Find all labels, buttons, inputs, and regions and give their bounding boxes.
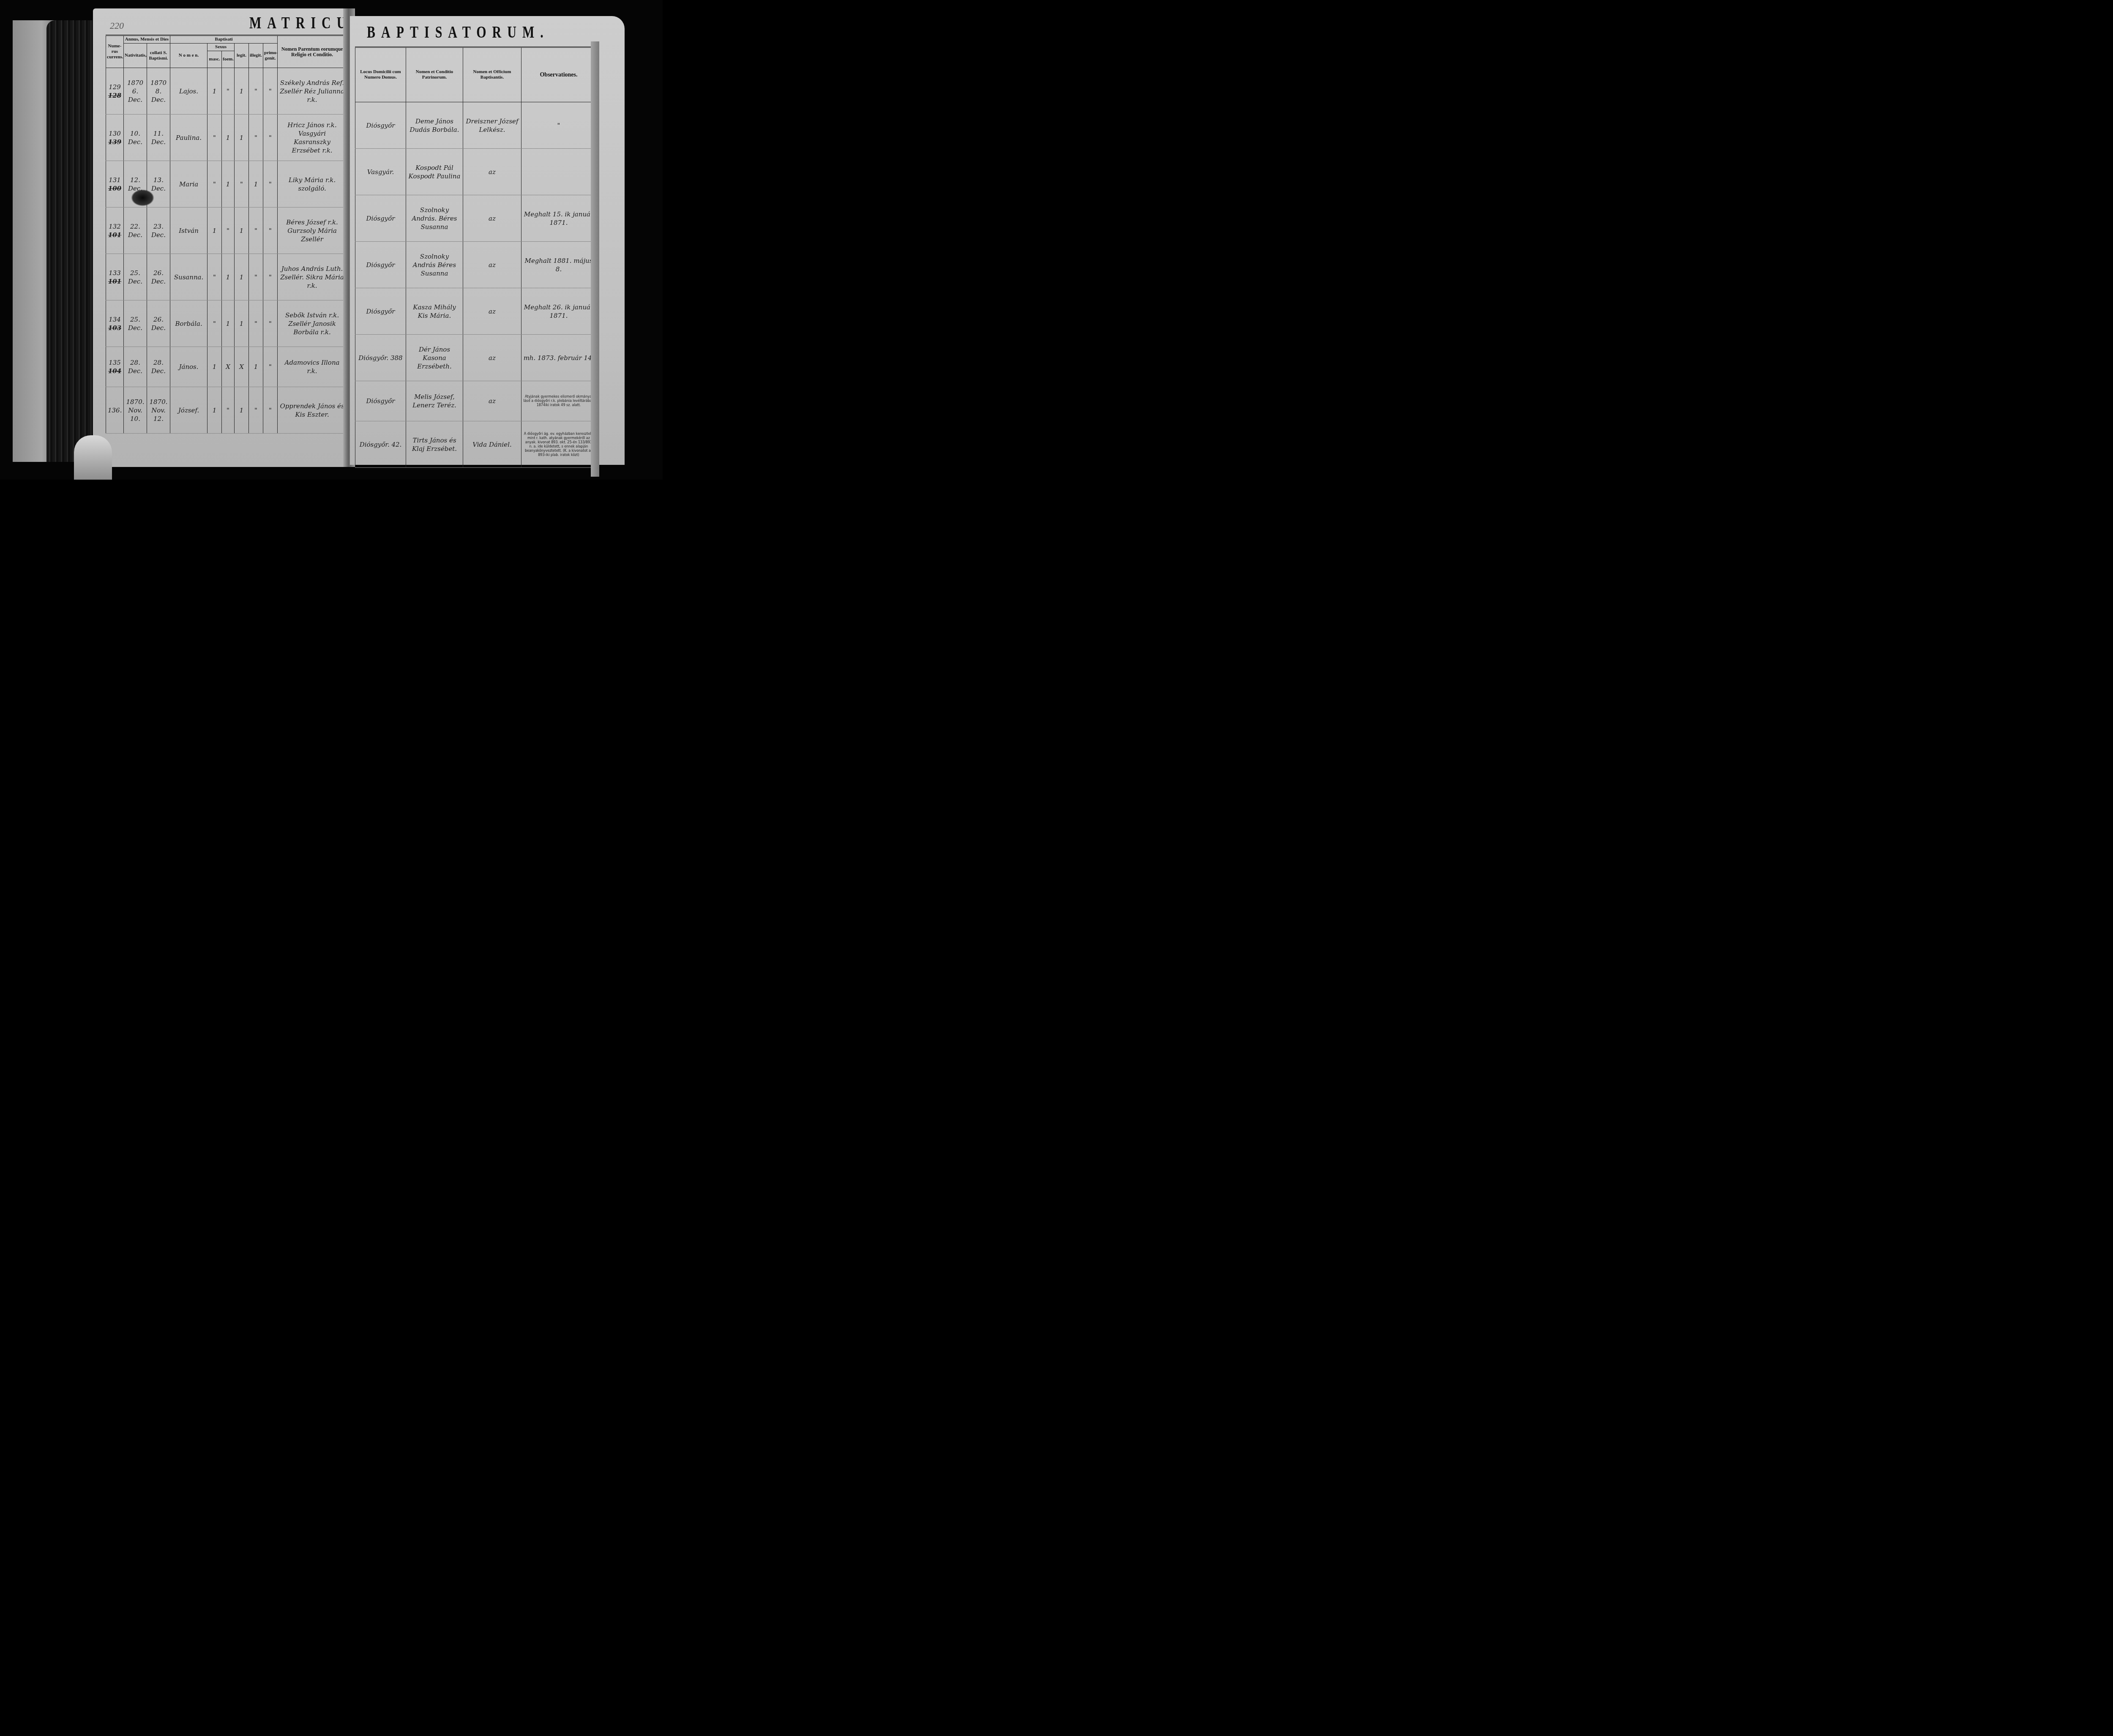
legit-mark: 1 <box>235 300 249 347</box>
header-sexus: Sexus <box>207 44 235 51</box>
entry-row: Diósgyőr Kasza Mihály Kis Mária. az Megh… <box>355 288 596 335</box>
child-name: Susanna. <box>170 254 207 300</box>
entry-row: Vasgyár. Kospodt Pál Kospodt Paulina az <box>355 149 596 195</box>
illegit-mark: " <box>249 387 263 434</box>
sex-foem: X <box>222 347 235 387</box>
entry-row: 130139 10. Dec. 11. Dec. Paulina. " 1 1 … <box>106 115 347 161</box>
locus: Diósgyőr <box>355 195 406 242</box>
birth-date: 22. Dec. <box>124 207 147 254</box>
godparents: Tirts János és Klaj Erzsébet. <box>406 421 463 468</box>
baptiser: az <box>463 149 521 195</box>
entry-row: Diósgyőr Deme János Dudás Borbála. Dreis… <box>355 102 596 149</box>
sex-foem: 1 <box>222 161 235 207</box>
header-nomen: N o m e n. <box>170 44 207 68</box>
godparents: Szolnoky András. Béres Susanna <box>406 195 463 242</box>
header-legit: legit. <box>235 44 249 68</box>
header-primogenit: primo- genit. <box>263 44 278 68</box>
page-number: 220 <box>110 20 124 31</box>
baptism-date: 1870 8. Dec. <box>147 68 170 115</box>
sex-masc: 1 <box>207 347 222 387</box>
header-foem: foem. <box>222 51 235 68</box>
illegit-mark: " <box>249 254 263 300</box>
primogenit-mark: " <box>263 161 278 207</box>
sex-foem: " <box>222 207 235 254</box>
entry-row: Diósgyőr. 388 Dér János Kasona Erzsébeth… <box>355 335 596 381</box>
illegit-mark: " <box>249 115 263 161</box>
illegit-mark: " <box>249 300 263 347</box>
locus: Vasgyár. <box>355 149 406 195</box>
illegit-mark: 1 <box>249 347 263 387</box>
header-baptisantis: Nomen et Officium Baptisantis. <box>463 47 521 102</box>
illegit-mark: " <box>249 68 263 115</box>
locus: Diósgyőr <box>355 242 406 288</box>
observation: Atyjának gyermekes elismerő okmányai lás… <box>521 381 596 421</box>
entry-number: 130139 <box>106 115 124 161</box>
baptiser: Vida Dániel. <box>463 421 521 468</box>
baptiser: az <box>463 288 521 335</box>
entry-row: Diósgyőr Szolnoky András Béres Susanna a… <box>355 242 596 288</box>
illegit-mark: " <box>249 207 263 254</box>
illegit-mark: 1 <box>249 161 263 207</box>
entry-row: Diósgyőr Melis József, Lenerz Teréz. az … <box>355 381 596 421</box>
parents-info: Béres József r.k. Gurzsoly Mária Zsellér <box>278 207 347 254</box>
parents-info: Hricz János r.k. Vasgyári Kasranszky Erz… <box>278 115 347 161</box>
legit-mark: 1 <box>235 115 249 161</box>
baptism-date: 1870. Nov. 12. <box>147 387 170 434</box>
header-nativitatis: Nativitatis, <box>124 44 147 68</box>
legit-mark: 1 <box>235 68 249 115</box>
page-fold-edge <box>591 41 599 477</box>
primogenit-mark: " <box>263 300 278 347</box>
entry-row: 129128 1870 6. Dec. 1870 8. Dec. Lajos. … <box>106 68 347 115</box>
baptiser: Dreiszner József Lelkész. <box>463 102 521 149</box>
primogenit-mark: " <box>263 115 278 161</box>
sex-foem: " <box>222 387 235 434</box>
observation: Meghalt 26. ik január 1871. <box>521 288 596 335</box>
entry-number: 134103 <box>106 300 124 347</box>
entry-number: 131100 <box>106 161 124 207</box>
sex-foem: 1 <box>222 300 235 347</box>
birth-date: 1870. Nov. 10. <box>124 387 147 434</box>
observation <box>521 149 596 195</box>
baptism-date: 26. Dec. <box>147 300 170 347</box>
title-baptisatorum: BAPTISATORUM. <box>367 23 549 42</box>
primogenit-mark: " <box>263 347 278 387</box>
right-register-table: Locus Domicilii cum Numero Domus. Nomen … <box>355 46 596 468</box>
sex-foem: " <box>222 68 235 115</box>
baptiser: az <box>463 335 521 381</box>
child-name: Maria <box>170 161 207 207</box>
entry-row: 133101 25. Dec. 26. Dec. Susanna. " 1 1 … <box>106 254 347 300</box>
header-numerus: Nume- rus currens. <box>106 35 124 68</box>
entry-number: 132101 <box>106 207 124 254</box>
observation: A diósgyőri ág. ev. egyházban keresztelt… <box>521 421 596 468</box>
entry-row: 136. 1870. Nov. 10. 1870. Nov. 12. Józse… <box>106 387 347 434</box>
godparents: Dér János Kasona Erzsébeth. <box>406 335 463 381</box>
header-locus-domicilii: Locus Domicilii cum Numero Domus. <box>355 47 406 102</box>
header-parentum: Nomen Parentum eorumque Religio et Condi… <box>278 35 347 68</box>
entry-number: 133101 <box>106 254 124 300</box>
legit-mark: X <box>235 347 249 387</box>
entry-number: 129128 <box>106 68 124 115</box>
baptiser: az <box>463 381 521 421</box>
entry-row: 132101 22. Dec. 23. Dec. István 1 " 1 " … <box>106 207 347 254</box>
entry-number: 136. <box>106 387 124 434</box>
entry-row: Diósgyőr. 42. Tirts János és Klaj Erzséb… <box>355 421 596 468</box>
sex-masc: " <box>207 115 222 161</box>
left-page: 220 MATRICULA Nume- rus currens. Annus, … <box>93 8 349 467</box>
legit-mark: 1 <box>235 254 249 300</box>
sex-masc: " <box>207 254 222 300</box>
godparents: Szolnoky András Béres Susanna <box>406 242 463 288</box>
birth-date: 28. Dec. <box>124 347 147 387</box>
birth-date: 25. Dec. <box>124 254 147 300</box>
baptism-date: 26. Dec. <box>147 254 170 300</box>
baptiser: az <box>463 195 521 242</box>
right-page: BAPTISATORUM. Locus Domicilii cum Numero… <box>350 16 625 465</box>
baptism-date: 23. Dec. <box>147 207 170 254</box>
baptism-date: 11. Dec. <box>147 115 170 161</box>
sex-masc: " <box>207 300 222 347</box>
ink-blot <box>131 189 154 206</box>
locus: Diósgyőr. 388 <box>355 335 406 381</box>
header-patrinorum: Nomen et Conditio Patrinorum. <box>406 47 463 102</box>
entry-row: 135104 28. Dec. 28. Dec. János. 1 X X 1 … <box>106 347 347 387</box>
parents-info: Liky Mária r.k. szolgáló. <box>278 161 347 207</box>
observation: mh. 1873. február 14. <box>521 335 596 381</box>
parents-info: Székely András Ref. Zsellér Réz Julianna… <box>278 68 347 115</box>
left-register-table: Nume- rus currens. Annus, Mensis et Dies… <box>106 35 347 434</box>
birth-date: 1870 6. Dec. <box>124 68 147 115</box>
sex-masc: " <box>207 161 222 207</box>
parents-info: Opprendek János és Kis Eszter. <box>278 387 347 434</box>
godparents: Kasza Mihály Kis Mária. <box>406 288 463 335</box>
legit-mark: " <box>235 161 249 207</box>
godparents: Deme János Dudás Borbála. <box>406 102 463 149</box>
child-name: József. <box>170 387 207 434</box>
primogenit-mark: " <box>263 254 278 300</box>
scanned-register-image: 220 MATRICULA Nume- rus currens. Annus, … <box>0 0 663 480</box>
entry-row: 134103 25. Dec. 26. Dec. Borbála. " 1 1 … <box>106 300 347 347</box>
header-annus-mensis-dies: Annus, Mensis et Dies <box>124 35 170 44</box>
parents-info: Sebők István r.k. Zsellér Janosik Borbál… <box>278 300 347 347</box>
parents-info: Juhos András Luth. Zsellér. Sikra Mária … <box>278 254 347 300</box>
header-observationes: Observationes. <box>521 47 596 102</box>
legit-mark: 1 <box>235 387 249 434</box>
legit-mark: 1 <box>235 207 249 254</box>
sex-foem: 1 <box>222 254 235 300</box>
sex-masc: 1 <box>207 68 222 115</box>
holding-finger <box>74 435 112 480</box>
parents-info: Adamovics Illona r.k. <box>278 347 347 387</box>
entry-row: Diósgyőr Szolnoky András. Béres Susanna … <box>355 195 596 242</box>
header-illegit: illegit. <box>249 44 263 68</box>
primogenit-mark: " <box>263 68 278 115</box>
child-name: Borbála. <box>170 300 207 347</box>
baptiser: az <box>463 242 521 288</box>
header-baptisati: Baptisati <box>170 35 278 44</box>
child-name: István <box>170 207 207 254</box>
sex-masc: 1 <box>207 387 222 434</box>
header-collati: collati S. Baptismi. <box>147 44 170 68</box>
child-name: Lajos. <box>170 68 207 115</box>
sex-foem: 1 <box>222 115 235 161</box>
observation: Meghalt 1881. május 8. <box>521 242 596 288</box>
child-name: Paulina. <box>170 115 207 161</box>
locus: Diósgyőr <box>355 102 406 149</box>
child-name: János. <box>170 347 207 387</box>
header-masc: masc. <box>207 51 222 68</box>
primogenit-mark: " <box>263 387 278 434</box>
observation: " <box>521 102 596 149</box>
godparents: Kospodt Pál Kospodt Paulina <box>406 149 463 195</box>
birth-date: 10. Dec. <box>124 115 147 161</box>
observation: Meghalt 15. ik január 1871. <box>521 195 596 242</box>
birth-date: 25. Dec. <box>124 300 147 347</box>
primogenit-mark: " <box>263 207 278 254</box>
sex-masc: 1 <box>207 207 222 254</box>
locus: Diósgyőr <box>355 288 406 335</box>
godparents: Melis József, Lenerz Teréz. <box>406 381 463 421</box>
baptism-date: 28. Dec. <box>147 347 170 387</box>
entry-number: 135104 <box>106 347 124 387</box>
locus: Diósgyőr <box>355 381 406 421</box>
locus: Diósgyőr. 42. <box>355 421 406 468</box>
